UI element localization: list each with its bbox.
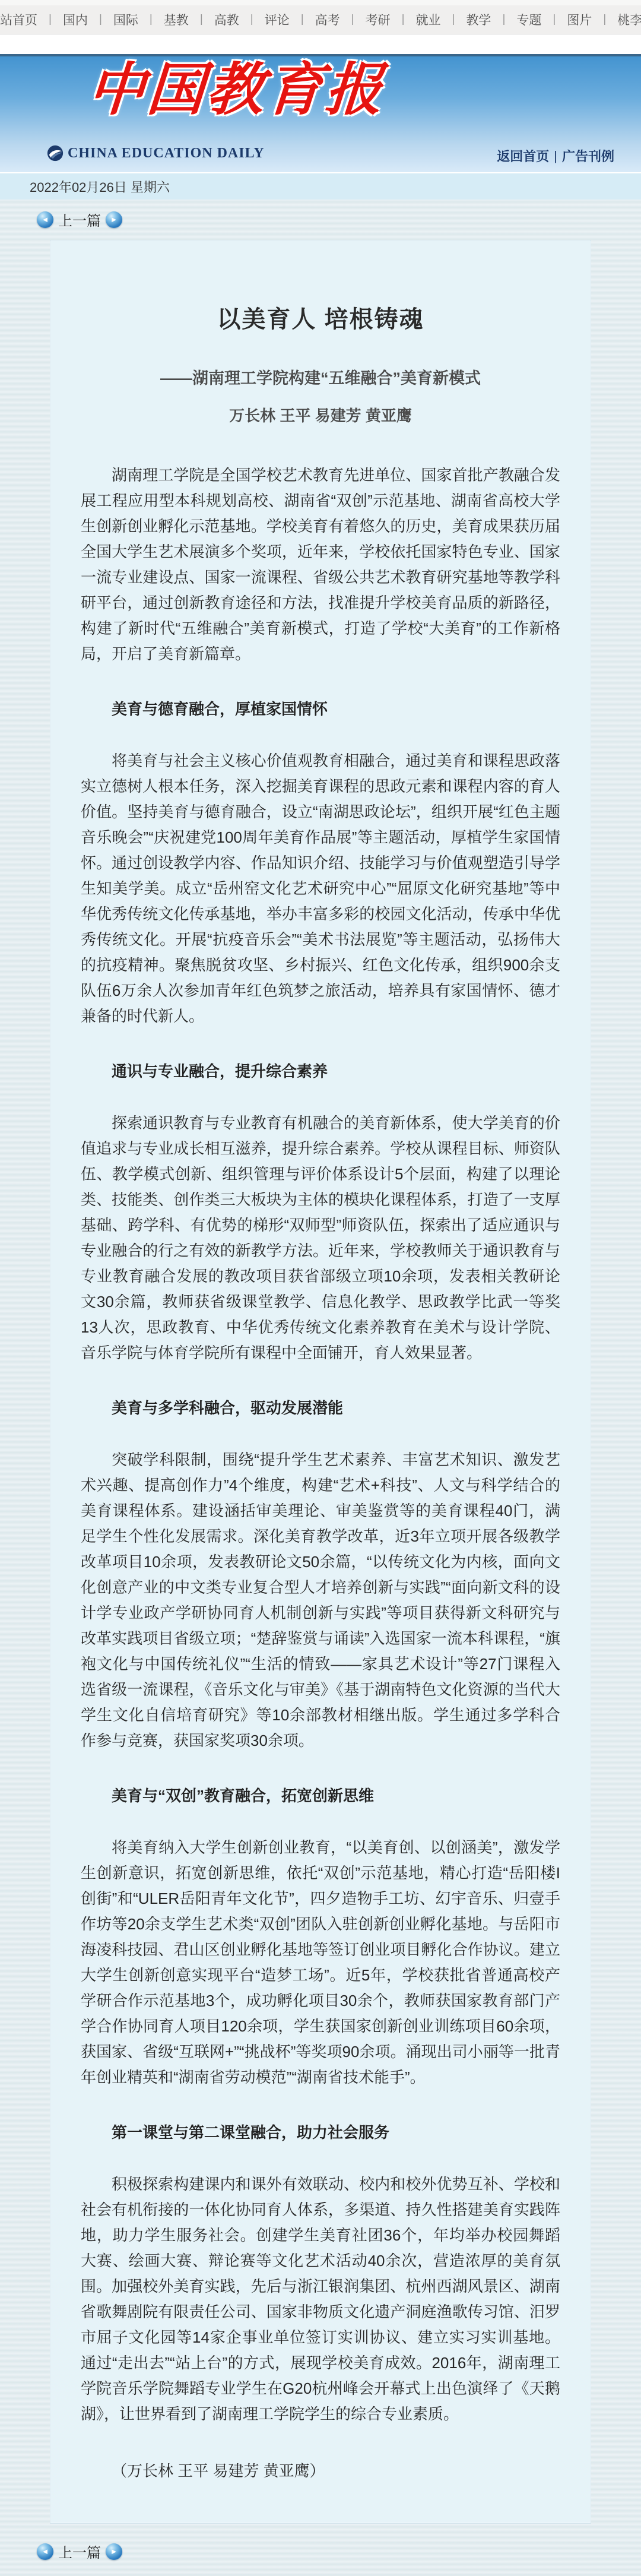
- nav-separator: |: [99, 13, 102, 26]
- nav-separator: |: [402, 13, 405, 26]
- nav-separator: |: [200, 13, 203, 26]
- nav-item-basic-edu[interactable]: 基教: [164, 11, 189, 29]
- ad-rates-link[interactable]: 广告刊例: [562, 147, 614, 165]
- nav-separator: |: [250, 13, 253, 26]
- article-title: 以美育人 培根铸魂: [81, 300, 560, 334]
- article-paragraph: 积极探索构建课内和课外有效联动、校内和校外优势互补、学校和社会有机衔接的一体化协…: [81, 2172, 560, 2427]
- prev-article-link[interactable]: 上一篇: [58, 2541, 101, 2562]
- nav-separator: |: [150, 13, 153, 26]
- section-heading: 美育与“双创”教育融合，拓宽创新思维: [81, 1783, 560, 1809]
- nav-item-commentary[interactable]: 评论: [265, 11, 290, 29]
- current-date: 2022年02月26日 星期六: [30, 178, 170, 196]
- nav-separator: |: [502, 13, 505, 26]
- nav-separator: |: [49, 13, 52, 26]
- content-area: ◄ 上一篇 ► 以美育人 培根铸魂 ——湖南理工学院构建“五维融合”美育新模式 …: [0, 200, 641, 2576]
- article-paragraph: 突破学科限制，围绕“提升学生艺术素养、丰富艺术知识、激发艺术兴趣、提高创作力”4…: [81, 1447, 560, 1754]
- nav-item-domestic[interactable]: 国内: [63, 11, 88, 29]
- site-logo-english-text: CHINA EDUCATION DAILY: [68, 145, 265, 162]
- nav-item-taoli[interactable]: 桃李: [617, 11, 641, 29]
- nav-item-home[interactable]: 站首页: [0, 11, 37, 29]
- section-heading: 美育与多学科融合，驱动发展潜能: [81, 1395, 560, 1421]
- header-link-separator: |: [554, 148, 557, 164]
- nav-item-higher-edu[interactable]: 高教: [214, 11, 239, 29]
- top-nav-bar: 站首页| 国内| 国际| 基教| 高教| 评论| 高考| 考研| 就业| 教学|…: [0, 0, 641, 34]
- article-paragraph: 将美育与社会主义核心价值观教育相融合，通过美育和课程思政落实立德树人根本任务，深…: [81, 748, 560, 1029]
- site-logo[interactable]: 中国教育报: [86, 61, 387, 118]
- back-to-home-link[interactable]: 返回首页: [497, 147, 549, 165]
- header-gap: [0, 34, 641, 54]
- header-links: 返回首页 | 广告刊例: [497, 147, 614, 165]
- masthead: 中国教育报 CHINA EDUCATION DAILY 返回首页 | 广告刊例: [0, 54, 641, 172]
- next-arrow-icon[interactable]: ►: [106, 2543, 122, 2560]
- article-paragraph: 湖南理工学院是全国学校艺术教育先进单位、国家首批产教融合发展工程应用型本科规划高…: [81, 463, 560, 667]
- pager-top: ◄ 上一篇 ►: [0, 200, 641, 237]
- prev-arrow-icon[interactable]: ◄: [37, 211, 53, 228]
- article-authors: 万长林 王平 易建芳 黄亚鹰: [81, 404, 560, 426]
- nav-separator: |: [603, 13, 606, 26]
- nav-item-teaching[interactable]: 教学: [466, 11, 491, 29]
- nav-separator: |: [301, 13, 304, 26]
- section-heading: 美育与德育融合，厚植家国情怀: [81, 697, 560, 722]
- nav-item-topics[interactable]: 专题: [516, 11, 541, 29]
- section-heading: 第一课堂与第二课堂融合，助力社会服务: [81, 2120, 560, 2145]
- ced-logo-icon: [46, 144, 64, 162]
- nav-separator: |: [452, 13, 455, 26]
- article-paragraph: 将美育纳入大学生创新创业教育，“以美育创、以创涵美”，激发学生创新意识，拓宽创新…: [81, 1835, 560, 2090]
- prev-article-link[interactable]: 上一篇: [58, 209, 101, 230]
- nav-item-kaoyan[interactable]: 考研: [366, 11, 391, 29]
- site-logo-english: CHINA EDUCATION DAILY: [46, 144, 265, 162]
- section-heading: 通识与专业融合，提升综合素养: [81, 1059, 560, 1084]
- article-card: 以美育人 培根铸魂 ——湖南理工学院构建“五维融合”美育新模式 万长林 王平 易…: [50, 240, 591, 2523]
- date-bar: 2022年02月26日 星期六: [0, 172, 641, 200]
- nav-item-photos[interactable]: 图片: [567, 11, 592, 29]
- nav-separator: |: [351, 13, 354, 26]
- article-subtitle: ——湖南理工学院构建“五维融合”美育新模式: [81, 365, 560, 388]
- next-arrow-icon[interactable]: ►: [106, 211, 122, 228]
- article-byline: （万长林 王平 易建芳 黄亚鹰）: [81, 2459, 560, 2481]
- nav-item-employment[interactable]: 就业: [416, 11, 441, 29]
- article-paragraph: 探索通识教育与专业教育有机融合的美育新体系，使大学美育的价值追求与专业成长相互滋…: [81, 1110, 560, 1366]
- prev-arrow-icon[interactable]: ◄: [37, 2543, 53, 2560]
- nav-item-international[interactable]: 国际: [113, 11, 138, 29]
- nav-item-gaokao[interactable]: 高考: [315, 11, 340, 29]
- article-body: 湖南理工学院是全国学校艺术教育先进单位、国家首批产教融合发展工程应用型本科规划高…: [81, 463, 560, 2427]
- pager-bottom: ◄ 上一篇 ►: [0, 2531, 641, 2569]
- nav-separator: |: [553, 13, 556, 26]
